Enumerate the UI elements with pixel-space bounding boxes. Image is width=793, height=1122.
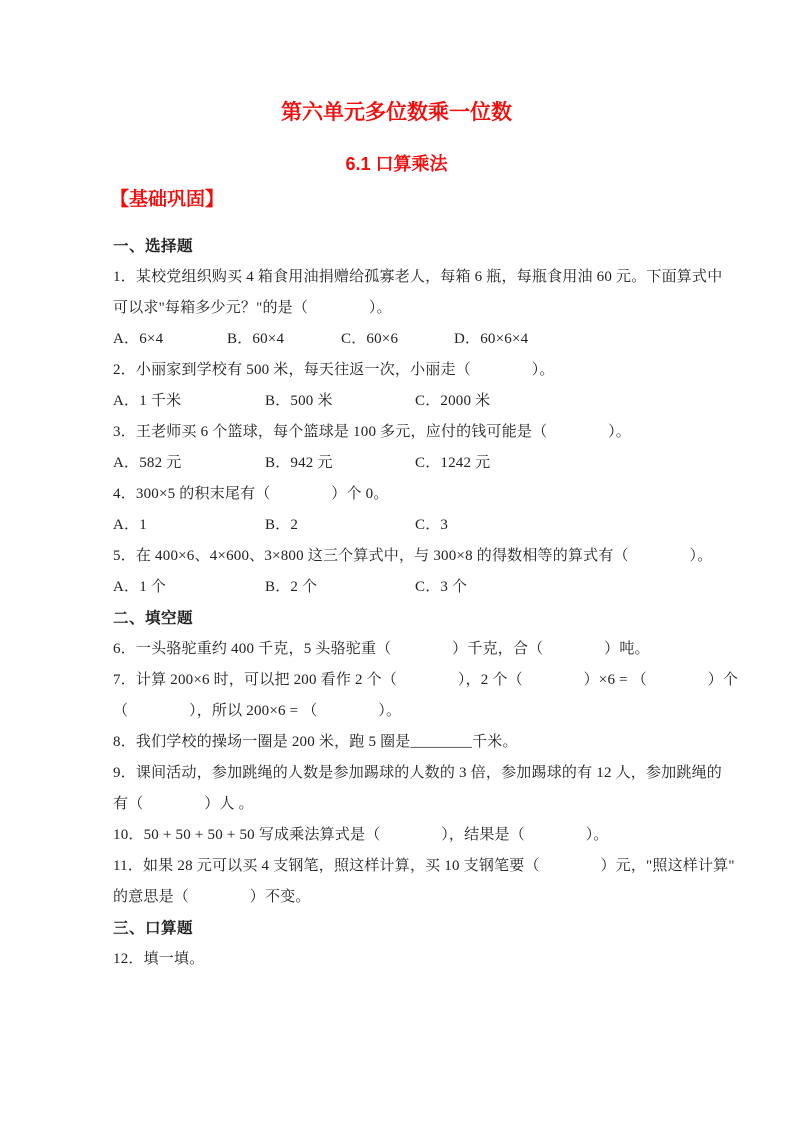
question-4-option-c: C．3 — [415, 513, 448, 534]
worksheet-body: 一、选择题 1．某校党组织购买 4 箱食用油捐赠给孤寡老人，每箱 6 瓶，每瓶食… — [113, 229, 705, 973]
question-2-text: 2．小丽家到学校有 500 米，每天往返一次，小丽走（ ）。 — [113, 353, 705, 384]
question-1-option-c: C．60×6 — [341, 327, 454, 348]
question-11-line-1: 11．如果 28 元可以买 4 支钢笔，照这样计算，买 10 支钢笔要（ ）元，… — [113, 849, 705, 880]
question-3-text: 3．王老师买 6 个篮球，每个篮球是 100 多元，应付的钱可能是（ ）。 — [113, 415, 705, 446]
question-3-options: A．582 元 B．942 元 C．1242 元 — [113, 446, 705, 477]
question-2-options: A．1 千米 B．500 米 C．2000 米 — [113, 384, 705, 415]
question-5-text: 5．在 400×6、4×600、3×800 这三个算式中，与 300×8 的得数… — [113, 539, 705, 570]
question-9-line-2: 有（ ）人 。 — [113, 787, 705, 818]
question-5-option-c: C．3 个 — [415, 575, 467, 596]
unit-title: 第六单元多位数乘一位数 — [0, 96, 793, 130]
question-5-option-b: B．2 个 — [265, 575, 415, 596]
question-11-line-2: 的意思是（ ）不变。 — [113, 880, 705, 911]
question-1-option-b: B．60×4 — [227, 327, 341, 348]
question-5-options: A．1 个 B．2 个 C．3 个 — [113, 570, 705, 601]
question-8-text: 8．我们学校的操场一圈是 200 米，跑 5 圈是________千米。 — [113, 725, 705, 756]
section-1-heading: 一、选择题 — [113, 229, 705, 260]
lesson-title: 6.1 口算乘法 — [0, 149, 793, 179]
question-6-text: 6．一头骆驼重约 400 千克，5 头骆驼重（ ）千克，合（ ）吨。 — [113, 632, 705, 663]
question-1-option-a: A．6×4 — [113, 327, 227, 348]
question-1-options: A．6×4 B．60×4 C．60×6 D．60×6×4 — [113, 322, 705, 353]
question-5-option-a: A．1 个 — [113, 575, 265, 596]
question-2-option-c: C．2000 米 — [415, 389, 490, 410]
section-3-heading: 三、口算题 — [113, 911, 705, 942]
question-1-line-1: 1．某校党组织购买 4 箱食用油捐赠给孤寡老人，每箱 6 瓶，每瓶食用油 60 … — [113, 260, 705, 291]
question-2-option-b: B．500 米 — [265, 389, 415, 410]
question-1-option-d: D．60×6×4 — [454, 327, 528, 348]
question-10-text: 10．50 + 50 + 50 + 50 写成乘法算式是（ ），结果是（ ）。 — [113, 818, 705, 849]
question-7-line-1: 7．计算 200×6 时，可以把 200 看作 2 个（ ），2 个（ ）×6 … — [113, 663, 705, 694]
question-3-option-b: B．942 元 — [265, 451, 415, 472]
question-3-option-a: A．582 元 — [113, 451, 265, 472]
question-12-text: 12．填一填。 — [113, 942, 705, 973]
worksheet-page: 第六单元多位数乘一位数 6.1 口算乘法 【基础巩固】 一、选择题 1．某校党组… — [0, 0, 793, 1122]
basics-tag: 【基础巩固】 — [110, 185, 793, 215]
question-4-option-b: B．2 — [265, 513, 415, 534]
question-3-option-c: C．1242 元 — [415, 451, 490, 472]
question-9-line-1: 9．课间活动，参加跳绳的人数是参加踢球的人数的 3 倍，参加踢球的有 12 人，… — [113, 756, 705, 787]
question-1-line-2: 可以求"每箱多少元？"的是（ ）。 — [113, 291, 705, 322]
question-7-line-2: （ ），所以 200×6 = （ ）。 — [113, 694, 705, 725]
section-2-heading: 二、填空题 — [113, 601, 705, 632]
question-4-options: A．1 B．2 C．3 — [113, 508, 705, 539]
question-2-option-a: A．1 千米 — [113, 389, 265, 410]
question-4-text: 4．300×5 的积末尾有（ ）个 0。 — [113, 477, 705, 508]
question-4-option-a: A．1 — [113, 513, 265, 534]
